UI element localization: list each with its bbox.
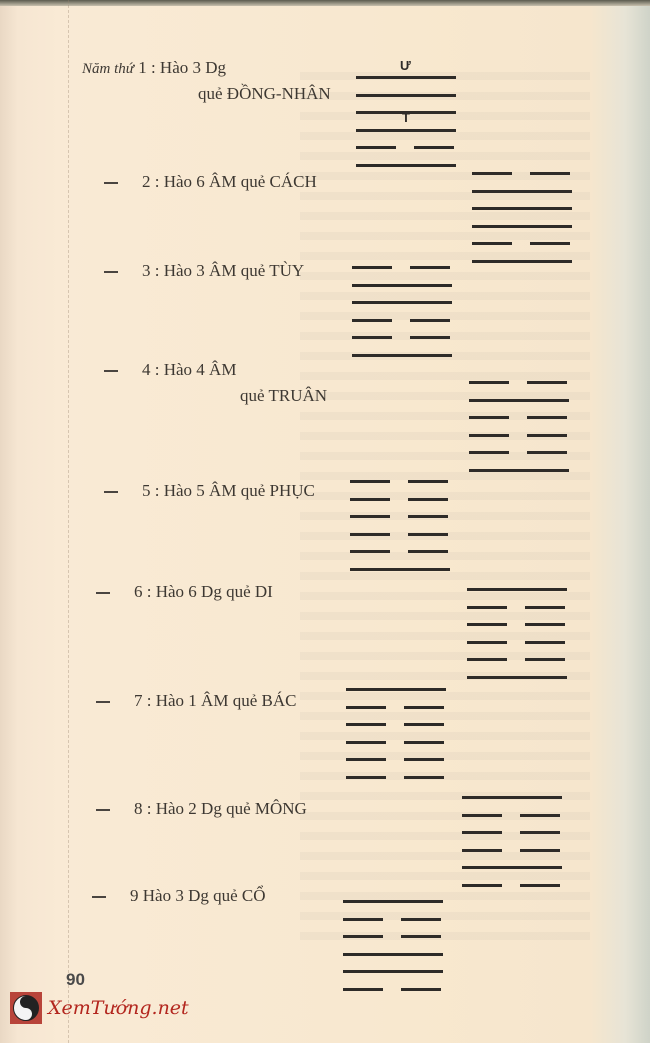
entry-number: 8 :	[134, 799, 151, 818]
yang-line	[346, 688, 446, 691]
page-number: 90	[66, 970, 85, 990]
page-fold-line	[68, 0, 70, 1043]
yang-line	[467, 676, 567, 679]
entry-text: Hào 4 ÂM	[164, 360, 237, 379]
entry-9-label: 9 Hào 3 Dg quẻ CỔ	[92, 886, 266, 906]
year-prefix: Năm thứ	[82, 61, 134, 77]
em-dash	[104, 271, 118, 273]
em-dash	[104, 491, 118, 493]
entry-number: 6 :	[134, 582, 151, 601]
entry-7-label: 7 : Hào 1 ÂM quẻ BÁC	[96, 691, 296, 711]
yang-line	[356, 76, 456, 79]
entry-number: 1 :	[138, 58, 155, 77]
yang-line	[472, 225, 572, 228]
yang-line	[462, 796, 562, 799]
entry-number: 4 :	[142, 360, 159, 379]
entry-number: 5 :	[142, 481, 159, 500]
mark-u: Ư	[400, 58, 411, 73]
entry-text: Hào 3 Dg quẻ CỔ	[143, 886, 266, 905]
yin-yang-icon	[13, 995, 39, 1021]
entry-text: Hào 6 Dg quẻ DI	[156, 582, 273, 601]
entry-text: Hào 1 ÂM quẻ BÁC	[156, 691, 297, 710]
entry-6-label: 6 : Hào 6 Dg quẻ DI	[96, 582, 273, 602]
em-dash	[104, 182, 118, 184]
yang-line	[352, 284, 452, 287]
em-dash	[104, 370, 118, 372]
entry-text: Hào 3 Dg	[160, 58, 226, 77]
entry-text: Hào 3 ÂM quẻ TÙY	[164, 261, 304, 280]
yin-yang-icon-box	[10, 992, 42, 1024]
yang-line	[350, 568, 450, 571]
yang-line	[343, 970, 443, 973]
entry-4-label: 4 : Hào 4 ÂM	[104, 360, 236, 380]
yang-line	[462, 866, 562, 869]
entry-number: 2 :	[142, 172, 159, 191]
entry-4-label-line2: quẻ TRUÂN	[240, 386, 327, 406]
yang-line	[356, 129, 456, 132]
yang-line	[472, 190, 572, 193]
yang-line	[343, 953, 443, 956]
entry-number: 9	[130, 886, 139, 905]
entry-number: 3 :	[142, 261, 159, 280]
em-dash	[96, 701, 110, 703]
entry-3-label: 3 : Hào 3 ÂM quẻ TÙY	[104, 261, 304, 281]
yang-line	[352, 301, 452, 304]
entry-text: Hào 6 ÂM quẻ CÁCH	[164, 172, 317, 191]
entry-5-label: 5 : Hào 5 ÂM quẻ PHỤC	[104, 481, 315, 501]
em-dash	[96, 809, 110, 811]
entry-1-label: Năm thứ 1 : Hào 3 Dg	[82, 58, 226, 78]
yang-line	[472, 207, 572, 210]
em-dash	[92, 896, 106, 898]
yang-line	[467, 588, 567, 591]
yang-line	[356, 164, 456, 167]
yang-line	[356, 94, 456, 97]
yang-line	[352, 354, 452, 357]
entry-number: 7 :	[134, 691, 151, 710]
yang-line	[343, 900, 443, 903]
em-dash	[96, 592, 110, 594]
entry-text: Hào 5 ÂM quẻ PHỤC	[164, 481, 315, 500]
entry-8-label: 8 : Hào 2 Dg quẻ MÔNG	[96, 799, 307, 819]
watermark-logo[interactable]: XemTướng.net	[10, 992, 189, 1024]
entry-text: Hào 2 Dg quẻ MÔNG	[156, 799, 307, 818]
yang-line	[469, 469, 569, 472]
book-top-edge	[0, 0, 650, 6]
watermark-text: XemTướng.net	[48, 997, 189, 1019]
entry-2-label: 2 : Hào 6 ÂM quẻ CÁCH	[104, 172, 317, 192]
mark-t: T	[402, 110, 410, 125]
yang-line	[469, 399, 569, 402]
entry-1-label-line2: quẻ ĐỒNG-NHÂN	[198, 84, 331, 104]
yang-line	[472, 260, 572, 263]
